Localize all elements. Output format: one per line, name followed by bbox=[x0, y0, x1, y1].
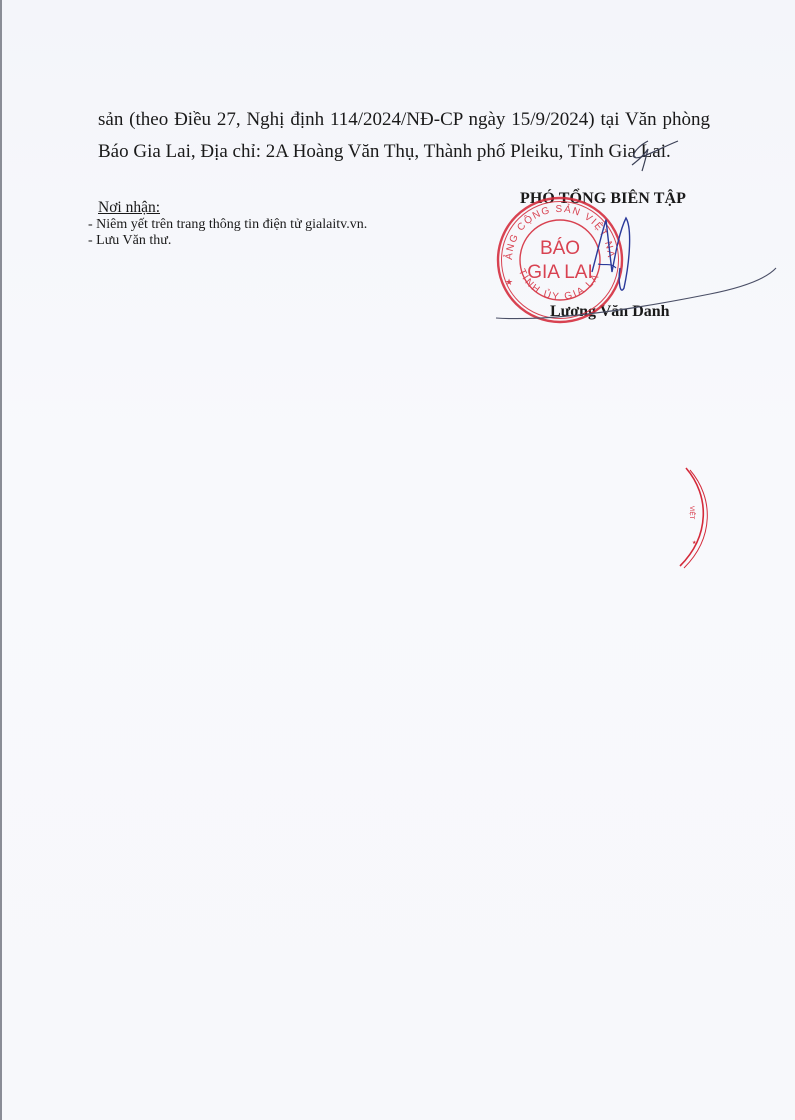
signature-block: PHÓ TỔNG BIÊN TẬP ĐẢNG CỘNG SẢN VIỆT NAM… bbox=[480, 180, 790, 340]
scan-edge bbox=[0, 0, 2, 1120]
recipient-item: - Lưu Văn thư. bbox=[88, 233, 367, 249]
recipients-block: Nơi nhận: - Niêm yết trên trang thông ti… bbox=[88, 200, 367, 249]
seam-stamp-fragment-icon: VIỆT ★ bbox=[676, 466, 716, 571]
body-line-1: sản (theo Điều 27, Nghị định 114/2024/NĐ… bbox=[98, 104, 710, 136]
recipients-title: Nơi nhận: bbox=[88, 200, 367, 216]
document-page: sản (theo Điều 27, Nghị định 114/2024/NĐ… bbox=[0, 0, 795, 1120]
handwritten-signature-icon bbox=[480, 180, 790, 340]
initial-mark-icon bbox=[618, 135, 688, 175]
svg-text:VIỆT: VIỆT bbox=[688, 506, 696, 520]
svg-text:★: ★ bbox=[692, 540, 697, 546]
recipient-item: - Niêm yết trên trang thông tin điện tử … bbox=[88, 217, 367, 233]
